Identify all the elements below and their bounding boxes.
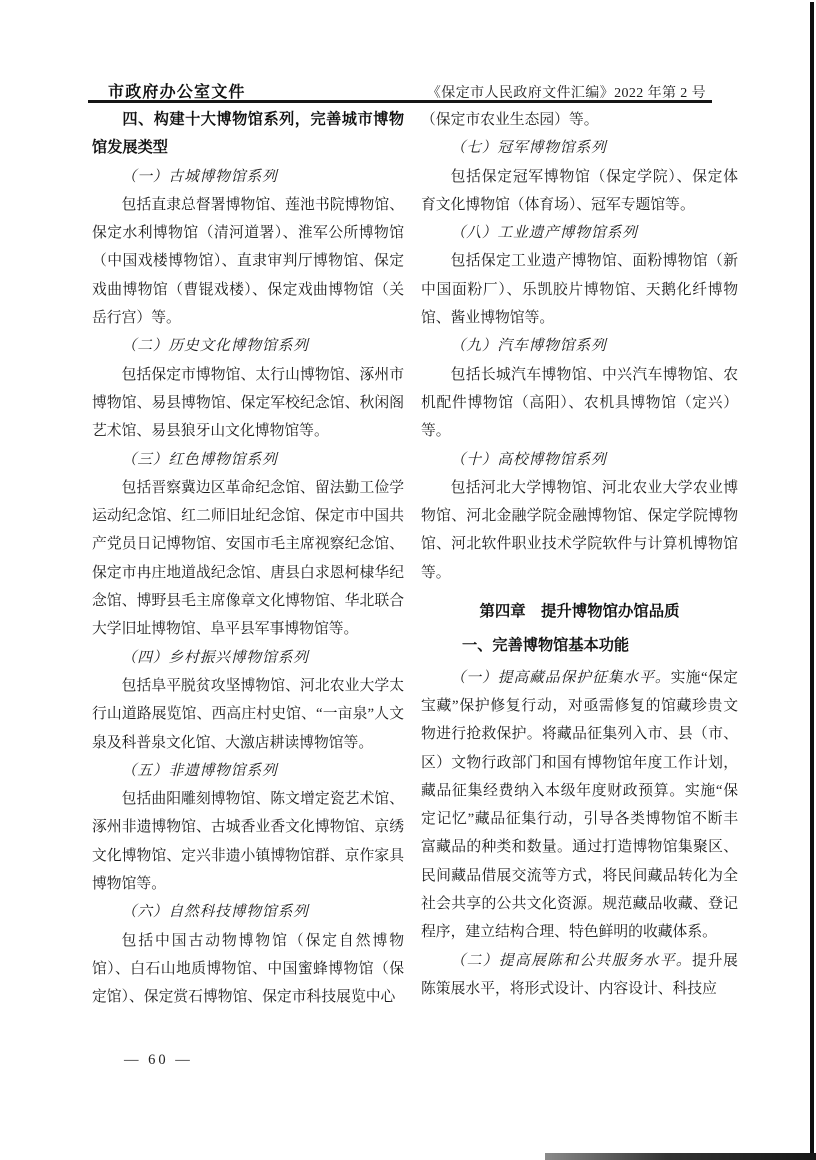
document-page: 市政府办公室文件 《保定市人民政府文件汇编》2022 年第 2 号 四、构建十大… — [0, 0, 816, 1160]
scan-edge-artifact — [810, 2, 814, 1160]
subsection-heading: （八）工业遗产博物馆系列 — [421, 219, 738, 247]
page-number: — 60 — — [124, 1052, 193, 1069]
right-column: （保定市农业生态园）等。（七）冠军博物馆系列包括保定冠军博物馆（保定学院）、保定… — [421, 106, 738, 1003]
subsection-heading: （二）历史文化博物馆系列 — [92, 332, 404, 360]
continuation-paragraph: （保定市农业生态园）等。 — [421, 106, 738, 134]
paragraph: 包括长城汽车博物馆、中兴汽车博物馆、农机配件博物馆（高阳）、农机具博物馆（定兴）… — [421, 361, 738, 446]
subsection-heading: （七）冠军博物馆系列 — [421, 134, 738, 162]
paragraph: 包括保定市博物馆、太行山博物馆、涿州市博物馆、易县博物馆、保定军校纪念馆、秋闲阁… — [92, 361, 404, 446]
section-heading: 四、构建十大博物馆系列，完善城市博物馆发展类型 — [92, 106, 404, 163]
paragraph-lead: （二）提高展陈和公共服务水平。 — [451, 953, 692, 969]
header-rule — [88, 100, 712, 103]
subsection-heading: （六）自然科技博物馆系列 — [92, 898, 404, 926]
paragraph: 包括河北大学博物馆、河北农业大学农业博物馆、河北金融学院金融博物馆、保定学院博物… — [421, 474, 738, 587]
subsection-heading: （一）古城博物馆系列 — [92, 163, 404, 191]
header-left-title: 市政府办公室文件 — [108, 79, 246, 102]
sub-heading: 一、完善博物馆基本功能 — [421, 632, 738, 660]
subsection-heading: （四）乡村振兴博物馆系列 — [92, 644, 404, 672]
subsection-heading: （十）高校博物馆系列 — [421, 446, 738, 474]
paragraph: （一）提高藏品保护征集水平。实施“保定宝藏”保护修复行动，对亟需修复的馆藏珍贵文… — [421, 664, 738, 947]
paragraph: 包括保定冠军博物馆（保定学院）、保定体育文化博物馆（体育场）、冠军专题馆等。 — [421, 163, 738, 220]
paragraph: 包括曲阳雕刻博物馆、陈文增定瓷艺术馆、涿州非遗博物馆、古城香业香文化博物馆、京绣… — [92, 785, 404, 898]
left-column: 四、构建十大博物馆系列，完善城市博物馆发展类型（一）古城博物馆系列包括直隶总督署… — [92, 106, 404, 1012]
paragraph: 包括晋察冀边区革命纪念馆、留法勤工俭学运动纪念馆、红二师旧址纪念馆、保定市中国共… — [92, 474, 404, 644]
paragraph: 包括保定工业遗产博物馆、面粉博物馆（新中国面粉厂）、乐凯胶片博物馆、天鹅化纤博物… — [421, 247, 738, 332]
scan-bottom-smudge — [545, 1153, 816, 1160]
paragraph: 包括直隶总督署博物馆、莲池书院博物馆、保定水利博物馆（清河道署）、淮军公所博物馆… — [92, 191, 404, 332]
subsection-heading: （三）红色博物馆系列 — [92, 446, 404, 474]
paragraph: 包括中国古动物博物馆（保定自然博物馆）、白石山地质博物馆、中国蜜蜂博物馆（保定馆… — [92, 927, 404, 1012]
paragraph: （二）提高展陈和公共服务水平。提升展陈策展水平，将形式设计、内容设计、科技应 — [421, 947, 738, 1004]
header-right-title: 《保定市人民政府文件汇编》2022 年第 2 号 — [427, 82, 706, 102]
chapter-heading: 第四章 提升博物馆办馆品质 — [421, 598, 738, 626]
paragraph: 包括阜平脱贫攻坚博物馆、河北农业大学太行山道路展览馆、西高庄村史馆、“一亩泉”人… — [92, 672, 404, 757]
paragraph-lead: （一）提高藏品保护征集水平。 — [451, 670, 671, 686]
subsection-heading: （九）汽车博物馆系列 — [421, 332, 738, 360]
subsection-heading: （五）非遗博物馆系列 — [92, 757, 404, 785]
